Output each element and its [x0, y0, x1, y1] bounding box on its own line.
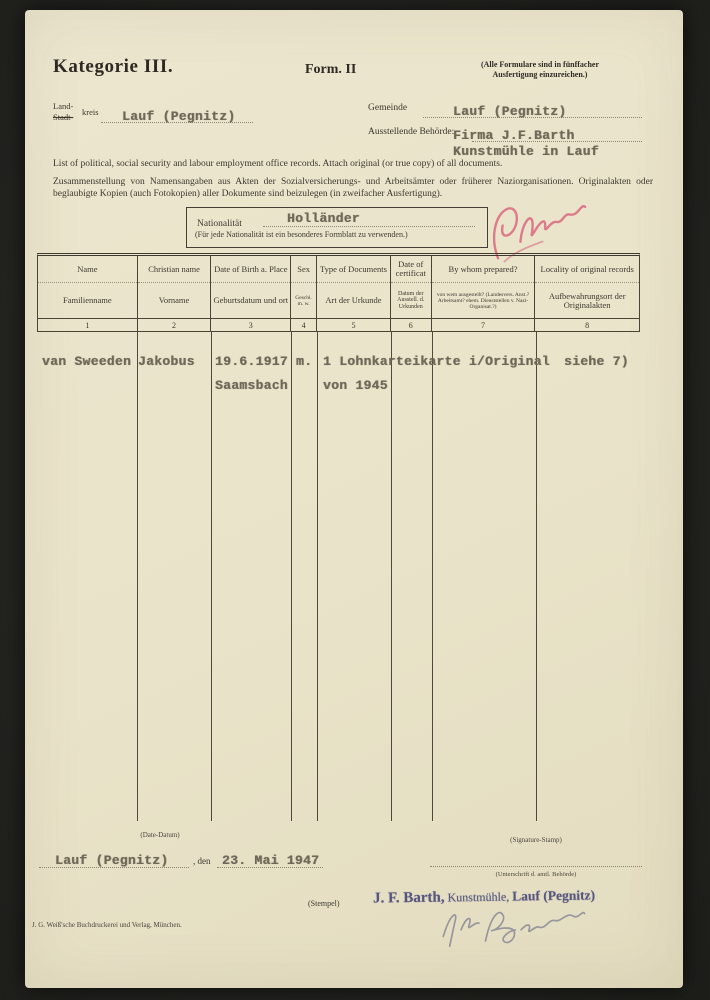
- copies-note-line1: (Alle Formulare sind in fünffacher: [435, 60, 645, 70]
- stadt-label-struck: Stadt-: [53, 112, 73, 122]
- column-divider: [391, 332, 392, 821]
- nationality-note: (Für jede Nationalität ist ein besondere…: [195, 230, 479, 239]
- land-label: Land-: [53, 101, 73, 111]
- row-christian-name: Jakobus: [138, 354, 195, 369]
- col-christian-name-de: Vorname: [138, 283, 211, 318]
- col-num-4: 4: [291, 319, 317, 331]
- col-christian-name-en: Christian name: [138, 256, 211, 283]
- col-birth-de: Geburtsdatum und ort: [211, 283, 290, 318]
- table-column-numbers: 1 2 3 4 5 6 7 8: [37, 319, 640, 332]
- col-num-5: 5: [317, 319, 391, 331]
- document-page: Kategorie III. Form. II (Alle Formulare …: [25, 10, 683, 988]
- col-num-6: 6: [391, 319, 432, 331]
- col-sex: Sex Geschl. m. w.: [291, 256, 317, 318]
- col-locality: Locality of original records Aufbewahrun…: [535, 256, 639, 318]
- column-divider: [211, 332, 212, 821]
- nationality-line: Nationalität Holländer: [197, 213, 477, 228]
- col-name-de: Familienname: [38, 283, 137, 318]
- kreis-label: kreis: [82, 107, 99, 117]
- column-divider: [432, 332, 433, 821]
- column-divider: [536, 332, 537, 821]
- col-sex-en: Sex: [291, 256, 316, 283]
- col-cert-date-en: Date of certificat: [391, 256, 431, 283]
- row-documents-note: siehe 7): [564, 354, 629, 369]
- col-locality-de: Aufbewahrungsort der Originalakten: [535, 283, 639, 318]
- col-doc-type-de: Art der Urkunde: [317, 283, 390, 318]
- column-divider: [291, 332, 292, 821]
- category-title: Kategorie III.: [53, 56, 173, 78]
- row-sex: m.: [296, 354, 312, 369]
- col-christian-name: Christian name Vorname: [138, 256, 212, 318]
- nationality-typed-value: Holländer: [287, 211, 360, 226]
- col-cert-date: Date of certificat Datum der Ausstell. d…: [391, 256, 432, 318]
- row-birth-place: Saamsbach: [215, 378, 288, 393]
- col-num-7: 7: [432, 319, 536, 331]
- col-num-1: 1: [38, 319, 138, 331]
- instructions-english: List of political, social security and l…: [53, 159, 655, 169]
- col-num-2: 2: [138, 319, 212, 331]
- col-num-8: 8: [535, 319, 639, 331]
- signature-dotted-line: [430, 866, 642, 867]
- behoerde-label: Ausstellende Behörde:: [368, 127, 454, 137]
- col-cert-date-de: Datum der Ausstell. d. Urkunden: [391, 283, 431, 318]
- signature-sub-label: (Unterschrift d. amtl. Behörde): [430, 871, 642, 878]
- gemeinde-typed-value: Lauf (Pegnitz): [453, 104, 566, 119]
- col-name-en: Name: [38, 256, 137, 283]
- copies-note: (Alle Formulare sind in fünffacher Ausfe…: [435, 60, 645, 80]
- handwritten-signature: [432, 897, 594, 955]
- row-birth-date: 19.6.1917: [215, 354, 288, 369]
- col-doc-type: Type of Documents Art der Urkunde: [317, 256, 391, 318]
- col-name: Name Familienname: [38, 256, 138, 318]
- printer-imprint: J. G. Weiß'sche Buchdruckerei und Verlag…: [32, 921, 182, 929]
- nationality-label: Nationalität: [197, 219, 242, 229]
- row-name: van Sweeden: [42, 354, 131, 369]
- nationality-dotted-line: [263, 226, 475, 227]
- nationality-box: Nationalität Holländer (Für jede Nationa…: [186, 207, 488, 248]
- col-birth: Date of Birth a. Place Geburtsdatum und …: [211, 256, 291, 318]
- kreis-typed-value: Lauf (Pegnitz): [122, 109, 235, 124]
- form-number: Form. II: [305, 62, 356, 78]
- col-prepared-by-de: von wem ausgestellt? (Landesvers. Anst.?…: [432, 283, 535, 318]
- col-doc-type-en: Type of Documents: [317, 256, 390, 283]
- den-label: , den: [193, 856, 211, 866]
- signature-stamp-label: (Signature-Stamp): [430, 836, 642, 844]
- col-locality-en: Locality of original records: [535, 256, 639, 283]
- behoerde-typed-line1: Firma J.F.Barth: [453, 128, 575, 143]
- table-body: van Sweeden Jakobus 19.6.1917 Saamsbach …: [37, 332, 640, 821]
- stempel-label: (Stempel): [308, 899, 340, 908]
- column-divider: [137, 332, 138, 821]
- col-birth-en: Date of Birth a. Place: [211, 256, 290, 283]
- behoerde-typed-line2: Kunstmühle in Lauf: [453, 144, 599, 159]
- gemeinde-label: Gemeinde: [368, 103, 407, 113]
- col-sex-de: Geschl. m. w.: [291, 283, 316, 318]
- table-header: Name Familienname Christian name Vorname…: [37, 253, 640, 319]
- row-documents-line2: von 1945: [323, 378, 388, 393]
- records-table: Name Familienname Christian name Vorname…: [37, 253, 640, 821]
- row-documents-line1: 1 Lohnkarteikarte i/Original: [323, 354, 550, 369]
- col-prepared-by: By whom prepared? von wem ausgestellt? (…: [432, 256, 536, 318]
- date-datum-label: (Date-Datum): [85, 831, 235, 839]
- date-typed-value: 23. Mai 1947: [222, 853, 319, 868]
- col-prepared-by-en: By whom prepared?: [432, 256, 535, 283]
- place-typed-value: Lauf (Pegnitz): [55, 853, 168, 868]
- signature-scribble-icon: [432, 897, 594, 955]
- copies-note-line2: Ausfertigung einzureichen.): [435, 70, 645, 80]
- scan-background: Kategorie III. Form. II (Alle Formulare …: [0, 0, 710, 1000]
- column-divider: [317, 332, 318, 821]
- col-num-3: 3: [211, 319, 291, 331]
